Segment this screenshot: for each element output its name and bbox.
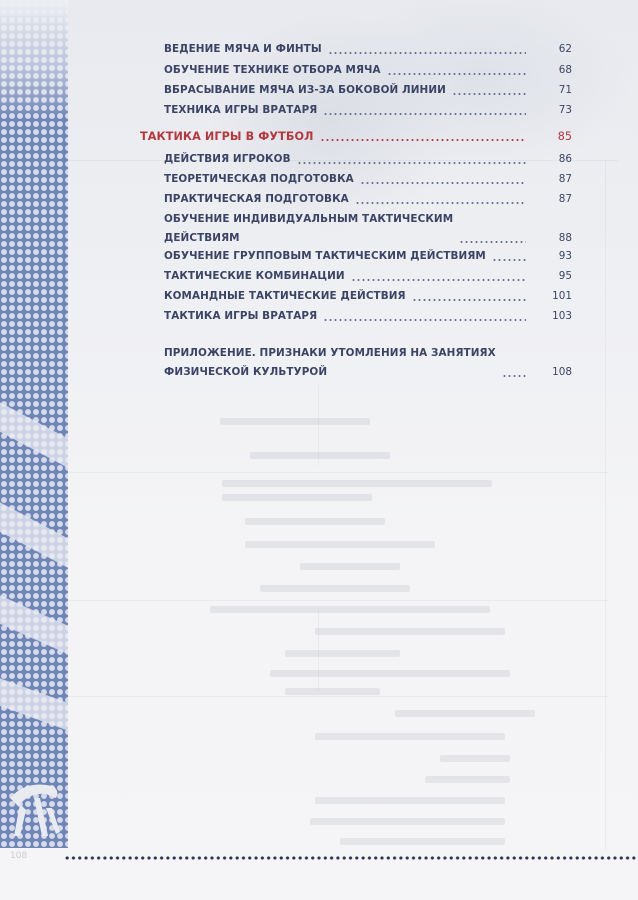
dot-leader <box>360 182 526 184</box>
dot-leader <box>492 259 526 261</box>
dot-leader <box>459 241 526 243</box>
toc-entry-page: 87 <box>532 170 572 189</box>
toc-entry-page: 85 <box>532 127 572 146</box>
toc-entry-title: ДЕЙСТВИЯ ИГРОКОВ <box>164 150 291 169</box>
toc-entry[interactable]: ПРИЛОЖЕНИЕ. ПРИЗНАКИ УТОМЛЕНИЯ НА ЗАНЯТИ… <box>164 344 572 382</box>
toc-entry[interactable]: ВЕДЕНИЕ МЯЧА И ФИНТЫ 62 <box>164 40 572 59</box>
dot-leader <box>323 113 526 115</box>
toc-entry-title: ТЕОРЕТИЧЕСКАЯ ПОДГОТОВКА <box>164 170 354 189</box>
toc-entry-page: 87 <box>532 190 572 209</box>
toc-entry-title: ТЕХНИКА ИГРЫ ВРАТАРЯ <box>164 101 317 120</box>
dot-leader <box>297 162 526 164</box>
toc-entry[interactable]: ВБРАСЫВАНИЕ МЯЧА ИЗ-ЗА БОКОВОЙ ЛИНИИ 71 <box>164 81 572 100</box>
toc-entry[interactable]: ОБУЧЕНИЕ ИНДИВИДУАЛЬНЫМ ТАКТИЧЕСКИМ ДЕЙС… <box>164 210 572 248</box>
dot-leader <box>452 93 526 95</box>
toc-entry-page: 62 <box>532 40 572 59</box>
dot-leader <box>502 375 526 377</box>
decorative-side-band <box>0 0 68 848</box>
dot-leader <box>328 52 526 54</box>
toc-entry-title: КОМАНДНЫЕ ТАКТИЧЕСКИЕ ДЕЙСТВИЯ <box>164 287 406 306</box>
dot-leader <box>351 279 526 281</box>
toc-entry-page: 86 <box>532 150 572 169</box>
toc-entry-title: ТАКТИЧЕСКИЕ КОМБИНАЦИИ <box>164 267 345 286</box>
toc-entry[interactable]: ТАКТИКА ИГРЫ ВРАТАРЯ 103 <box>164 307 572 326</box>
toc-entry-title: ОБУЧЕНИЕ ТЕХНИКЕ ОТБОРА МЯЧА <box>164 61 381 80</box>
dot-leader <box>355 202 526 204</box>
footer-dotted-rule <box>64 856 638 860</box>
toc-entry[interactable]: ТЕОРЕТИЧЕСКАЯ ПОДГОТОВКА 87 <box>164 170 572 189</box>
toc-entry-title: ОБУЧЕНИЕ ИНДИВИДУАЛЬНЫМ ТАКТИЧЕСКИМ ДЕЙС… <box>164 210 453 248</box>
toc-entry[interactable]: ТАКТИЧЕСКИЕ КОМБИНАЦИИ 95 <box>164 267 572 286</box>
toc-entry-page: 71 <box>532 81 572 100</box>
toc-entry-title: ВЕДЕНИЕ МЯЧА И ФИНТЫ <box>164 40 322 59</box>
toc-entry[interactable]: ПРАКТИЧЕСКАЯ ПОДГОТОВКА 87 <box>164 190 572 209</box>
toc-entry-page: 95 <box>532 267 572 286</box>
toc-entry-page: 103 <box>532 307 572 326</box>
dot-leader <box>320 139 526 141</box>
toc-entry-title: ПРИЛОЖЕНИЕ. ПРИЗНАКИ УТОМЛЕНИЯ НА ЗАНЯТИ… <box>164 344 496 382</box>
toc-entry[interactable]: ТЕХНИКА ИГРЫ ВРАТАРЯ 73 <box>164 101 572 120</box>
toc-entry-page: 73 <box>532 101 572 120</box>
toc-entry-page: 88 <box>532 229 572 248</box>
toc-entry-title: ТАКТИКА ИГРЫ ВРАТАРЯ <box>164 307 317 326</box>
toc-entry-title: ОБУЧЕНИЕ ГРУППОВЫМ ТАКТИЧЕСКИМ ДЕЙСТВИЯМ <box>164 247 486 266</box>
toc-section-title: ТАКТИКА ИГРЫ В ФУТБОЛ <box>140 127 314 146</box>
toc-entry[interactable]: ОБУЧЕНИЕ ГРУППОВЫМ ТАКТИЧЕСКИМ ДЕЙСТВИЯМ… <box>164 247 572 266</box>
toc-entry[interactable]: ДЕЙСТВИЯ ИГРОКОВ 86 <box>164 150 572 169</box>
toc-entry-title: ПРАКТИЧЕСКАЯ ПОДГОТОВКА <box>164 190 349 209</box>
toc-entry-page: 101 <box>532 287 572 306</box>
toc-entry[interactable]: КОМАНДНЫЕ ТАКТИЧЕСКИЕ ДЕЙСТВИЯ 101 <box>164 287 572 306</box>
dot-leader <box>387 73 526 75</box>
toc-entry-title: ВБРАСЫВАНИЕ МЯЧА ИЗ-ЗА БОКОВОЙ ЛИНИИ <box>164 81 446 100</box>
toc-section-entry[interactable]: ТАКТИКА ИГРЫ В ФУТБОЛ 85 <box>140 127 572 146</box>
toc-entry-page: 68 <box>532 61 572 80</box>
toc-entry[interactable]: ОБУЧЕНИЕ ТЕХНИКЕ ОТБОРА МЯЧА 68 <box>164 61 572 80</box>
dot-leader <box>412 299 526 301</box>
toc-entry-page: 108 <box>532 363 572 382</box>
dot-leader <box>323 319 526 321</box>
toc-entry-page: 93 <box>532 247 572 266</box>
page-number: 108 <box>10 849 32 863</box>
athlete-silhouette-icon <box>6 768 62 838</box>
